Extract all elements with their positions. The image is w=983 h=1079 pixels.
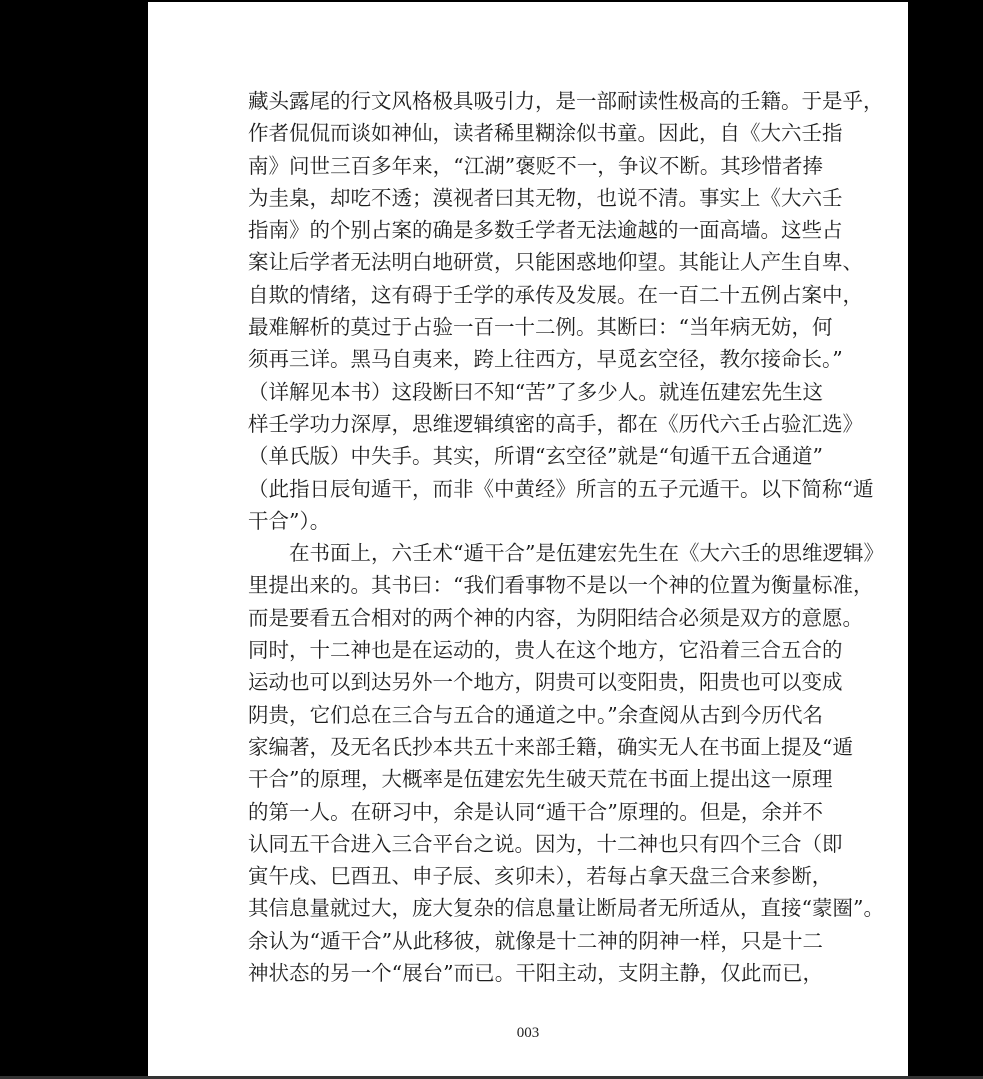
text-line: 作者侃侃而谈如神仙，读者稀里糊涂似书童。因此，自《大六壬指 <box>248 117 823 149</box>
text-line: 指南》的个别占案的确是多数壬学者无法逾越的一面高墙。这些占 <box>248 214 823 246</box>
paragraph-start-line: 在书面上，六壬术“遁干合”是伍建宏先生在《大六壬的思维逻辑》 <box>248 537 823 569</box>
text-line: 最难解析的莫过于占验一百一十二例。其断曰：“当年病无妨，何 <box>248 311 823 343</box>
text-line: 家编著，及无名氏抄本共五十来部壬籍，确实无人在书面上提及“遁 <box>248 731 823 763</box>
page-number: 003 <box>148 1025 908 1042</box>
text-line: 里提出来的。其书曰：“我们看事物不是以一个神的位置为衡量标准， <box>248 569 823 601</box>
text-line: （单氏版）中失手。其实，所谓“玄空径”就是“旬遁干五合通道” <box>248 440 823 472</box>
text-line: 神状态的另一个“展台”而已。干阳主动，支阴主静，仅此而已， <box>248 957 823 989</box>
body-text: 藏头露尾的行文风格极具吸引力，是一部耐读性极高的壬籍。于是乎， 作者侃侃而谈如神… <box>248 85 823 989</box>
text-line: （此指日辰旬遁干，而非《中黄经》所言的五子元遁干。以下简称“遁 <box>248 473 823 505</box>
text-line: 而是要看五合相对的两个神的内容，为阴阳结合必须是双方的意愿。 <box>248 602 823 634</box>
text-line: （详解见本书）这段断曰不知“苦”了多少人。就连伍建宏先生这 <box>248 376 823 408</box>
text-line: 寅午戌、巳酉丑、申子辰、亥卯未），若每占拿天盘三合来参断， <box>248 860 823 892</box>
text-line: 藏头露尾的行文风格极具吸引力，是一部耐读性极高的壬籍。于是乎， <box>248 85 823 117</box>
text-line: 干合”的原理，大概率是伍建宏先生破天荒在书面上提出这一原理 <box>248 763 823 795</box>
text-line: 为圭臬，却吃不透；漠视者曰其无物，也说不清。事实上《大六壬 <box>248 182 823 214</box>
text-line: 阴贵，它们总在三合与五合的通道之中。”余查阅从古到今历代名 <box>248 699 823 731</box>
text-line: 干合”）。 <box>248 505 823 537</box>
text-line: 自欺的情绪，这有碍于壬学的承传及发展。在一百二十五例占案中， <box>248 279 823 311</box>
text-line: 其信息量就过大，庞大复杂的信息量让断局者无所适从，直接“蒙圈”。 <box>248 892 823 924</box>
text-line: 同时，十二神也是在运动的，贵人在这个地方，它沿着三合五合的 <box>248 634 823 666</box>
text-line: 须再三详。黑马自夷来，跨上往西方，早觅玄空径，教尔接命长。” <box>248 343 823 375</box>
text-line: 南》问世三百多年来，“江湖”褒贬不一，争议不断。其珍惜者捧 <box>248 150 823 182</box>
text-line: 运动也可以到达另外一个地方，阴贵可以变阳贵，阳贵也可以变成 <box>248 666 823 698</box>
text-line: 样壬学功力深厚，思维逻辑缜密的高手，都在《历代六壬占验汇选》 <box>248 408 823 440</box>
book-page: 藏头露尾的行文风格极具吸引力，是一部耐读性极高的壬籍。于是乎， 作者侃侃而谈如神… <box>148 2 908 1076</box>
text-line: 的第一人。在研习中，余是认同“遁干合”原理的。但是，余并不 <box>248 796 823 828</box>
text-line: 余认为“遁干合”从此移彼，就像是十二神的阴神一样，只是十二 <box>248 925 823 957</box>
text-line: 认同五干合进入三合平台之说。因为，十二神也只有四个三合（即 <box>248 828 823 860</box>
text-line: 案让后学者无法明白地研赏，只能困惑地仰望。其能让人产生自卑、 <box>248 246 823 278</box>
